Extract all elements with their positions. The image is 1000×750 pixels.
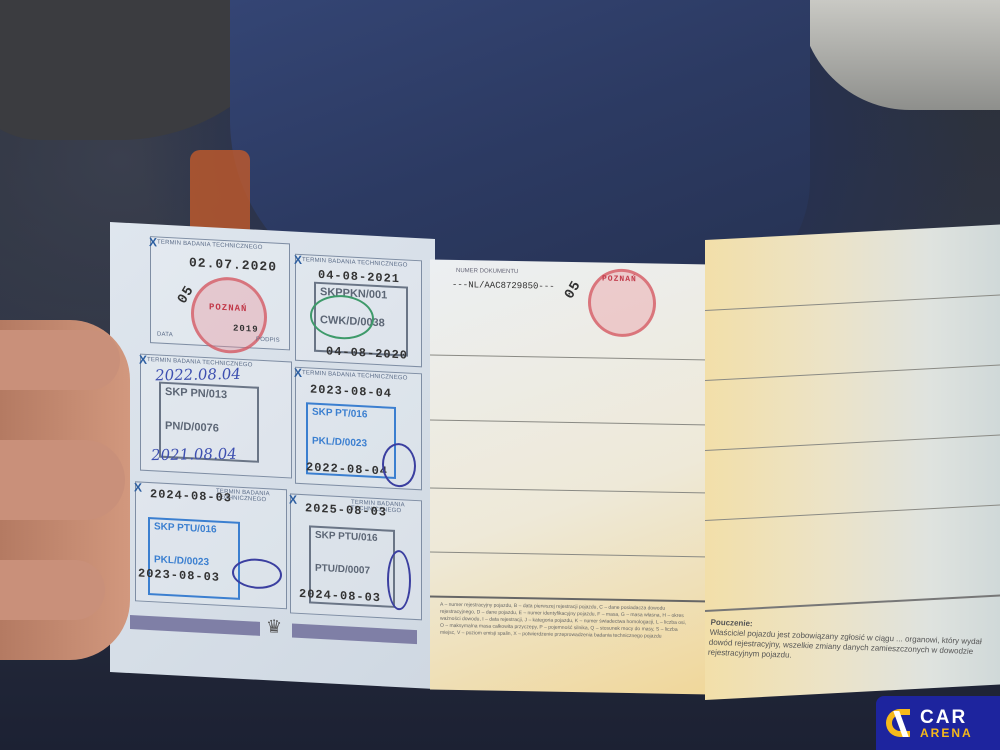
rule-line — [430, 488, 710, 494]
station-id: SKP PTU/016 — [315, 530, 389, 545]
inspection-cell: X TERMIN BADANIA TECHNICZNEGO 2023-08-04… — [295, 367, 422, 491]
registration-document: X TERMIN BADANIA TECHNICZNEGO 02.07.2020… — [100, 222, 1000, 702]
poznan-seal — [191, 275, 267, 355]
handwritten-inspection-date: 2021.08.04 — [150, 445, 237, 465]
document-number: ---NL/AAC8729850--- — [452, 280, 555, 292]
station-id: SKP PT/016 — [312, 407, 390, 422]
date-label: DATA — [157, 331, 173, 338]
decorative-band — [292, 624, 417, 645]
rule-line — [705, 364, 1000, 381]
inspection-mark: X — [294, 253, 302, 267]
seal-text: POZNAŃ — [602, 275, 637, 285]
inspection-cell: X TERMIN BADANIA TECHNICZNEGO 04-08-2021… — [295, 254, 422, 368]
inspection-cell: X TERMIN BADANIA TECHNICZNEGO 2024-08-03… — [135, 481, 287, 609]
inspection-mark: X — [134, 480, 142, 494]
finger — [0, 560, 105, 620]
seal-year: 2019 — [233, 323, 259, 334]
seal-number: 05 — [562, 278, 585, 302]
inspection-mark: X — [149, 235, 157, 249]
thumb — [0, 440, 125, 520]
inspection-date: 04-08-2020 — [326, 344, 408, 362]
inspection-mark: X — [289, 492, 297, 506]
inspection-mark: X — [139, 353, 147, 367]
station-stamp: SKP PTU/016 PKL/D/0023 — [148, 517, 240, 600]
rule-line — [430, 552, 710, 558]
rule-line — [430, 355, 710, 361]
car-arena-logo-icon — [886, 709, 912, 737]
rule-line — [705, 594, 1000, 612]
signature — [382, 442, 416, 488]
inspection-cell: X TERMIN BADANIA TECHNICZNEGO 02.07.2020… — [150, 236, 290, 350]
field-label: NUMER DOKUMENTU — [456, 268, 518, 275]
polish-eagle-emblem: ♛ — [266, 616, 282, 638]
notice-block: Pouczenie: Właściciel pojazdu jest zobow… — [708, 618, 990, 668]
next-inspection-date: 2023-08-04 — [310, 382, 392, 400]
inspection-date: 2022-08-04 — [306, 460, 388, 478]
cell-header: TERMIN BADANIA TECHNICZNEGO — [302, 370, 408, 382]
field-legend-footnote: A – numer rejestracyjny pojazdu, B – dat… — [440, 602, 690, 641]
logo-text-car: CAR — [920, 708, 973, 727]
inspection-cell: X TERMIN BADANIA TECHNICZNEGO 2022.08.04… — [140, 354, 292, 479]
inspection-date: 02.07.2020 — [189, 255, 277, 275]
car-arena-watermark: CAR ARENA — [876, 696, 1000, 750]
cell-header: TERMIN BADANIA TECHNICZNEGO — [302, 257, 408, 269]
rule-line — [705, 294, 1000, 311]
next-inspection-date: 2024-08-03 — [150, 487, 232, 505]
finger — [0, 330, 120, 390]
signature — [387, 550, 411, 611]
logo-text-arena: ARENA — [920, 727, 973, 739]
rule-line — [705, 504, 1000, 521]
signature-label: PODPIS — [256, 337, 280, 344]
notice-page: Pouczenie: Właściciel pojazdu jest zobow… — [705, 224, 1000, 700]
diagnostician-code: PTU/D/0007 — [315, 563, 389, 578]
next-inspection-date: 2025-08-03 — [305, 501, 387, 519]
station-id: SKP PTU/016 — [154, 521, 234, 536]
diagnostician-code: PKL/D/0023 — [312, 436, 390, 451]
inspection-mark: X — [294, 366, 302, 380]
seal-text: POZNAŃ — [209, 302, 247, 314]
inspection-page: X TERMIN BADANIA TECHNICZNEGO 02.07.2020… — [110, 222, 435, 689]
station-id: SKP PN/013 — [165, 386, 253, 403]
rule-line — [430, 420, 710, 426]
inspection-cell: X TERMIN BADANIA TECHNICZNEGO 2025-08-03… — [290, 493, 422, 620]
decorative-band — [130, 615, 260, 636]
cell-header: TERMIN BADANIA TECHNICZNEGO — [157, 239, 263, 251]
rule-line — [705, 434, 1000, 451]
document-number-page: NUMER DOKUMENTU ---NL/AAC8729850--- POZN… — [430, 260, 710, 695]
diagnostician-code: PN/D/0076 — [165, 420, 253, 437]
